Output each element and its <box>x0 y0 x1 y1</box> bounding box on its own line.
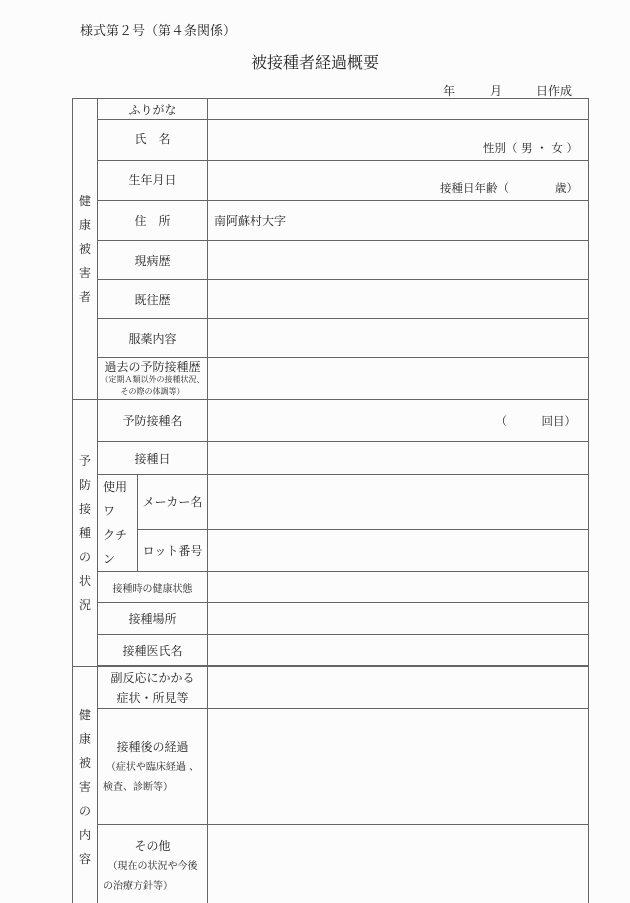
birthdate-field[interactable]: 接種日年齢（ 歳） <box>208 161 589 201</box>
label-birthdate: 生年月日 <box>98 161 208 201</box>
label-name: 氏 名 <box>98 120 208 161</box>
label-health-status: 接種時の健康状態 <box>98 572 208 603</box>
section-vaccination: 予防接種の状況 <box>73 400 98 667</box>
past-illness-field[interactable] <box>208 280 589 319</box>
furigana-field[interactable] <box>208 99 589 120</box>
current-illness-field[interactable] <box>208 241 589 280</box>
label-maker: メーカー名 <box>138 475 208 530</box>
dose-count[interactable]: （ 回目） <box>496 413 577 429</box>
doctor-name-field[interactable] <box>208 635 589 666</box>
label-past-vaccination: 過去の予防接種歴 （定期Ａ類以外の接種状況、 その際の体調等） <box>98 358 208 400</box>
date-year-label: 年 <box>443 82 455 99</box>
vaccination-place-field[interactable] <box>208 603 589 635</box>
label-address: 住 所 <box>98 201 208 241</box>
vaccine-name-field[interactable]: （ 回目） <box>208 400 589 442</box>
label-medication: 服薬内容 <box>98 319 208 358</box>
label-doctor-name: 接種医氏名 <box>98 635 208 666</box>
label-used-vaccine: 使用ワ クチン <box>98 475 138 572</box>
label-past-illness: 既往歴 <box>98 280 208 319</box>
page-title: 被接種者経過概要 <box>0 50 630 73</box>
form-number: 様式第２号（第４条関係） <box>80 20 236 39</box>
lot-number-field[interactable] <box>208 529 589 571</box>
date-created-label: 日作成 <box>536 82 572 99</box>
progress-field[interactable] <box>208 709 589 825</box>
gender-selector[interactable]: 性別（ 男 ・ 女 ） <box>483 140 578 156</box>
past-vaccination-field[interactable] <box>208 358 589 400</box>
summary-form-table: 健康被害者 ふりがな 氏 名 性別（ 男 ・ 女 ） 生年月日 接種日年齢（ 歳… <box>72 98 589 903</box>
section-damage: 健康被害の内容 <box>73 667 98 903</box>
maker-field[interactable] <box>208 475 589 530</box>
label-vaccine-name: 予防接種名 <box>98 400 208 442</box>
name-field[interactable]: 性別（ 男 ・ 女 ） <box>208 120 589 161</box>
date-month-label: 月 <box>490 82 502 99</box>
label-furigana: ふりがな <box>98 99 208 120</box>
vaccination-date-field[interactable] <box>208 442 589 475</box>
label-vaccination-place: 接種場所 <box>98 603 208 635</box>
label-lot-number: ロット番号 <box>138 529 208 571</box>
health-status-field[interactable] <box>208 572 589 603</box>
label-progress: 接種後の経過 （症状や臨床経過 、 検査、診断等） <box>98 709 208 825</box>
age-at-vaccination[interactable]: 接種日年齢（ 歳） <box>440 180 578 196</box>
symptoms-field[interactable] <box>208 667 589 709</box>
label-symptoms: 副反応にかかる 症状・所見等 <box>98 667 208 709</box>
other-field[interactable] <box>208 825 589 903</box>
label-current-illness: 現病歴 <box>98 241 208 280</box>
medication-field[interactable] <box>208 319 589 358</box>
label-vaccination-date: 接種日 <box>98 442 208 475</box>
address-field[interactable]: 南阿蘇村大字 <box>208 201 589 241</box>
section-victim: 健康被害者 <box>73 99 98 400</box>
label-other: その他 （現在の状況や今後 の治療方針等） <box>98 825 208 903</box>
